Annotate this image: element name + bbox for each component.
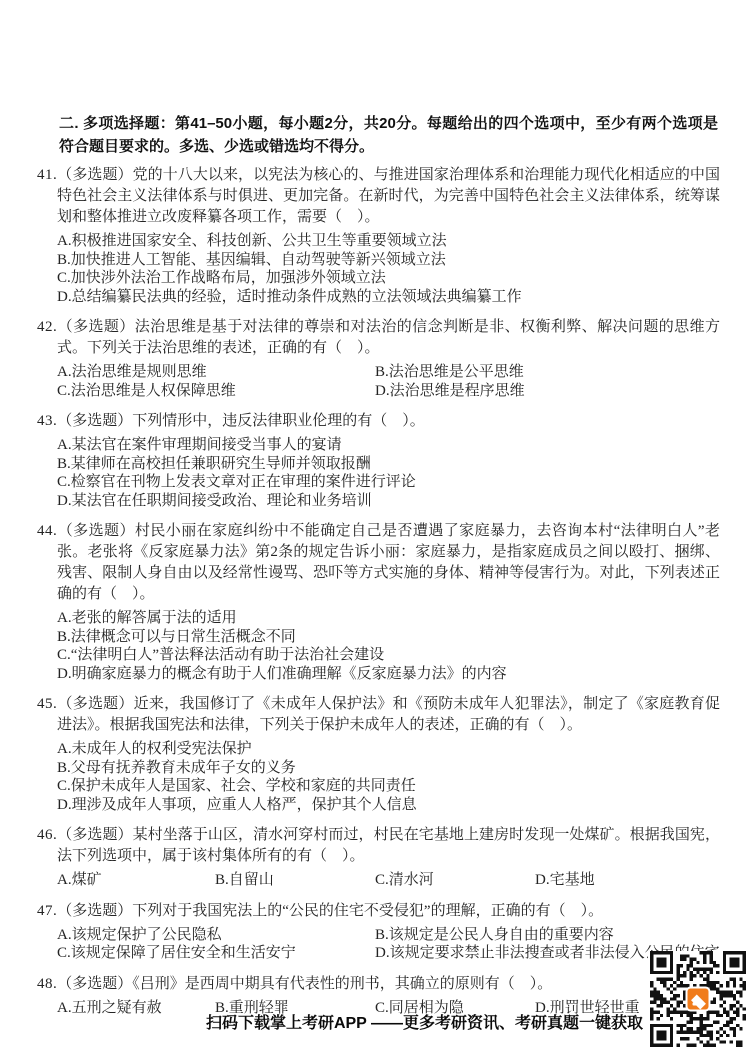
options-list: A.某法官在案件审理期间接受当事人的宴请 B.某律师在高校担任兼职研究生导师并领… [57,436,720,510]
question-stem: 41.（多选题）党的十八大以来，以宪法为核心的、与推进国家治理体系和治理能力现代… [57,165,720,228]
question-type-tag: （多选题） [57,167,132,183]
options-list: A.积极推进国家安全、科技创新、公共卫生等重要领域立法 B.加快推进人工智能、基… [57,232,720,306]
option-a: A.法治思维是规则思维 [57,363,375,382]
question-41: 41.（多选题）党的十八大以来，以宪法为核心的、与推进国家治理体系和治理能力现代… [57,165,720,306]
question-number: 43. [37,413,57,429]
question-42: 42.（多选题）法治思维是基于对法律的尊崇和对法治的信念判断是非、权衡利弊、解决… [57,317,720,400]
option-d: D.宅基地 [535,871,720,890]
question-type-tag: （多选题） [57,976,132,992]
option-d: D.明确家庭暴力的概念有助于人们准确理解《反家庭暴力法》的内容 [57,665,720,684]
option-c: C.法治思维是人权保障思维 [57,382,375,401]
option-a: A.煤矿 [57,871,215,890]
question-43: 43.（多选题）下列情形中，违反法律职业伦理的有（ ）。 A.某法官在案件审理期… [57,411,720,510]
question-text: 党的十八大以来，以宪法为核心的、与推进国家治理体系和治理能力现代化相适应的中国特… [57,167,720,225]
option-a: A.老张的解答属于法的适用 [57,609,720,628]
question-type-tag: （多选题） [57,903,132,919]
option-c: C.保护未成年人是国家、社会、学校和家庭的共同责任 [57,777,720,796]
options-list: A.老张的解答属于法的适用 B.法律概念可以与日常生活概念不同 C.“法律明白人… [57,609,720,683]
options-list: A.法治思维是规则思维 B.法治思维是公平思维 C.法治思维是人权保障思维 D.… [57,363,720,400]
question-type-tag: （多选题） [57,319,134,335]
option-a: A.五刑之疑有赦 [57,999,215,1018]
question-type-tag: （多选题） [57,413,132,429]
option-b: B.自留山 [215,871,375,890]
option-b: B.某律师在高校担任兼职研究生导师并领取报酬 [57,455,720,474]
question-text: 法治思维是基于对法律的尊崇和对法治的信念判断是非、权衡利弊、解决问题的思维方式。… [57,319,720,356]
question-text: 下列对于我国宪法上的“公民的住宅不受侵犯”的理解，正确的有（ ）。 [132,903,603,919]
question-number: 48. [37,976,57,992]
question-type-tag: （多选题） [57,827,132,843]
option-b: B.法律概念可以与日常生活概念不同 [57,628,720,647]
option-b: B.法治思维是公平思维 [375,363,720,382]
question-text: 《吕刑》是西周中期具有代表性的刑书，其确立的原则有（ ）。 [132,976,552,992]
graduation-cap-base [692,1003,704,1006]
option-d: D.某法官在任职期间接受政治、理论和业务培训 [57,492,720,511]
question-45: 45.（多选题）近来，我国修订了《未成年人保护法》和《预防未成年人犯罪法》，制定… [57,694,720,814]
options-list: A.煤矿 B.自留山 C.清水河 D.宅基地 [57,871,720,890]
section-instructions: 二. 多项选择题：第41–50小题，每小题2分，共20分。每题给出的四个选项中，… [59,112,718,158]
question-number: 45. [37,696,57,712]
question-stem: 43.（多选题）下列情形中，违反法律职业伦理的有（ ）。 [57,411,720,432]
question-type-tag: （多选题） [57,523,135,539]
question-number: 44. [37,523,57,539]
option-b: B.该规定是公民人身自由的重要内容 [375,926,720,945]
options-list: A.该规定保护了公民隐私 B.该规定是公民人身自由的重要内容 C.该规定保障了居… [57,926,720,963]
question-text: 近来，我国修订了《未成年人保护法》和《预防未成年人犯罪法》，制定了《家庭教育促进… [57,696,720,733]
option-c: C.“法律明白人”普法释法活动有助于法治社会建设 [57,646,720,665]
question-stem: 45.（多选题）近来，我国修订了《未成年人保护法》和《预防未成年人犯罪法》，制定… [57,694,720,736]
question-stem: 47.（多选题）下列对于我国宪法上的“公民的住宅不受侵犯”的理解，正确的有（ ）… [57,901,720,922]
question-text: 某村坐落于山区，清水河穿村而过，村民在宅基地上建房时发现一处煤矿。根据我国宪，法… [57,827,720,864]
option-d: D.理涉及成年人事项，应重人人格严，保护其个人信息 [57,796,720,815]
question-number: 42. [37,319,57,335]
question-stem: 46.（多选题）某村坐落于山区，清水河穿村而过，村民在宅基地上建房时发现一处煤矿… [57,825,720,867]
footer-promo-text: 扫码下载掌上考研APP ——更多考研资讯、考研真题一键获取 [206,1010,643,1033]
question-stem: 48.（多选题）《吕刑》是西周中期具有代表性的刑书，其确立的原则有（ ）。 [57,974,720,995]
question-46: 46.（多选题）某村坐落于山区，清水河穿村而过，村民在宅基地上建房时发现一处煤矿… [57,825,720,890]
qr-code [648,951,748,1047]
option-a: A.该规定保护了公民隐私 [57,926,375,945]
option-a: A.某法官在案件审理期间接受当事人的宴请 [57,436,720,455]
question-number: 47. [37,903,57,919]
app-logo [686,987,711,1012]
question-type-tag: （多选题） [57,696,133,712]
option-d: D.总结编纂民法典的经验，适时推动条件成熟的立法领域法典编纂工作 [57,288,720,307]
option-d: D.法治思维是程序思维 [375,382,720,401]
question-number: 46. [37,827,57,843]
exam-page: 二. 多项选择题：第41–50小题，每小题2分，共20分。每题给出的四个选项中，… [57,112,720,1028]
option-b: B.加快推进人工智能、基因编辑、自动驾驶等新兴领域立法 [57,251,720,270]
option-c: C.加快涉外法治工作战略布局，加强涉外领域立法 [57,269,720,288]
question-stem: 42.（多选题）法治思维是基于对法律的尊崇和对法治的信念判断是非、权衡利弊、解决… [57,317,720,359]
question-stem: 44.（多选题）村民小丽在家庭纠纷中不能确定自己是否遭遇了家庭暴力，去咨询本村“… [57,521,720,605]
question-44: 44.（多选题）村民小丽在家庭纠纷中不能确定自己是否遭遇了家庭暴力，去咨询本村“… [57,521,720,683]
question-text: 下列情形中，违反法律职业伦理的有（ ）。 [132,413,425,429]
option-c: C.清水河 [375,871,535,890]
option-a: A.未成年人的权利受宪法保护 [57,740,720,759]
options-list: A.未成年人的权利受宪法保护 B.父母有抚养教育未成年子女的义务 C.保护未成年… [57,740,720,814]
option-c: C.检察官在刊物上发表文章对正在审理的案件进行评论 [57,473,720,492]
option-a: A.积极推进国家安全、科技创新、公共卫生等重要领域立法 [57,232,720,251]
option-c: C.该规定保障了居住安全和生活安宁 [57,944,375,963]
question-text: 村民小丽在家庭纠纷中不能确定自己是否遭遇了家庭暴力，去咨询本村“法律明白人”老张… [57,523,720,602]
question-number: 41. [37,167,57,183]
option-b: B.父母有抚养教育未成年子女的义务 [57,759,720,778]
question-47: 47.（多选题）下列对于我国宪法上的“公民的住宅不受侵犯”的理解，正确的有（ ）… [57,901,720,963]
